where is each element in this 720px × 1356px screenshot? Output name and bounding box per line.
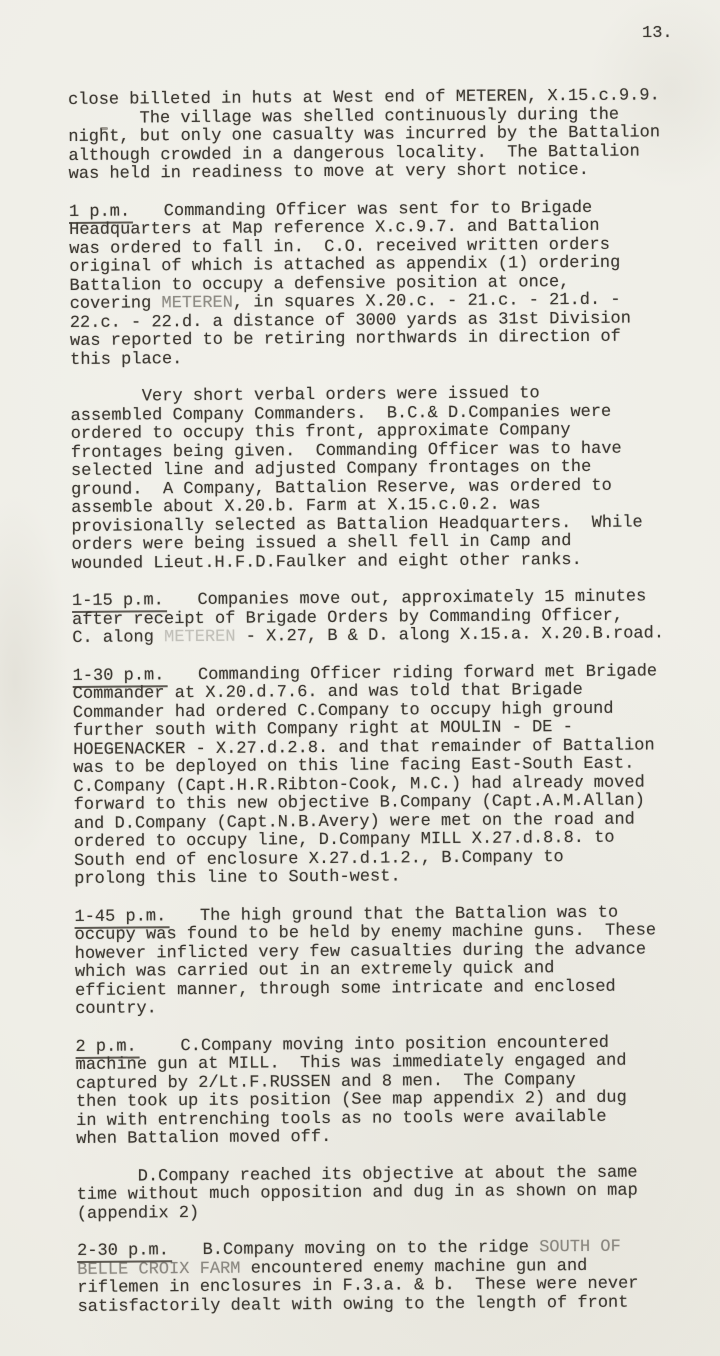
- typewriter-text: Commanding Officer riding forward met Br…: [73, 662, 658, 889]
- typewriter-text: close billeted in huts at West end of ME…: [68, 86, 660, 184]
- scanned-paper-page: 13. close billeted in huts at West end o…: [0, 0, 720, 1356]
- faded-typewriter-text: METEREN: [161, 294, 233, 314]
- page-number: 13.: [642, 24, 673, 43]
- faded-typewriter-text: METEREN: [164, 628, 236, 648]
- entry-2-30-pm: 2-30 p.m. B.Company moving on to the rid…: [77, 1238, 720, 1317]
- entry-1-45-pm: 1-45 p.m. The high ground that the Batta…: [74, 903, 720, 1019]
- entry-2-pm: 2 p.m. C.Company moving into position en…: [75, 1033, 720, 1149]
- entry-1-pm: 1 p.m. Commanding Officer was sent for t…: [69, 198, 720, 370]
- typewriter-text: - X.27, B & D. along X.15.a. X.20.B.road…: [235, 624, 664, 646]
- diary-entries: close billeted in huts at West end of ME…: [68, 87, 720, 1336]
- entry-d-company: D.Company reached its objective at about…: [76, 1163, 720, 1224]
- typewriter-text: D.Company reached its objective at about…: [76, 1163, 637, 1223]
- entry-verbal-orders: Very short verbal orders were issued to …: [70, 384, 720, 574]
- typewriter-text: C.Company moving into position encounter…: [76, 1033, 627, 1149]
- entry-1-15-pm: 1-15 p.m. Companies move out, approximat…: [72, 588, 720, 649]
- entry-1-30-pm: 1-30 p.m. Commanding Officer riding forw…: [73, 662, 720, 889]
- typewriter-text: Very short verbal orders were issued to …: [70, 384, 642, 573]
- entry-continued-from-previous-page: close billeted in huts at West end of ME…: [68, 87, 720, 185]
